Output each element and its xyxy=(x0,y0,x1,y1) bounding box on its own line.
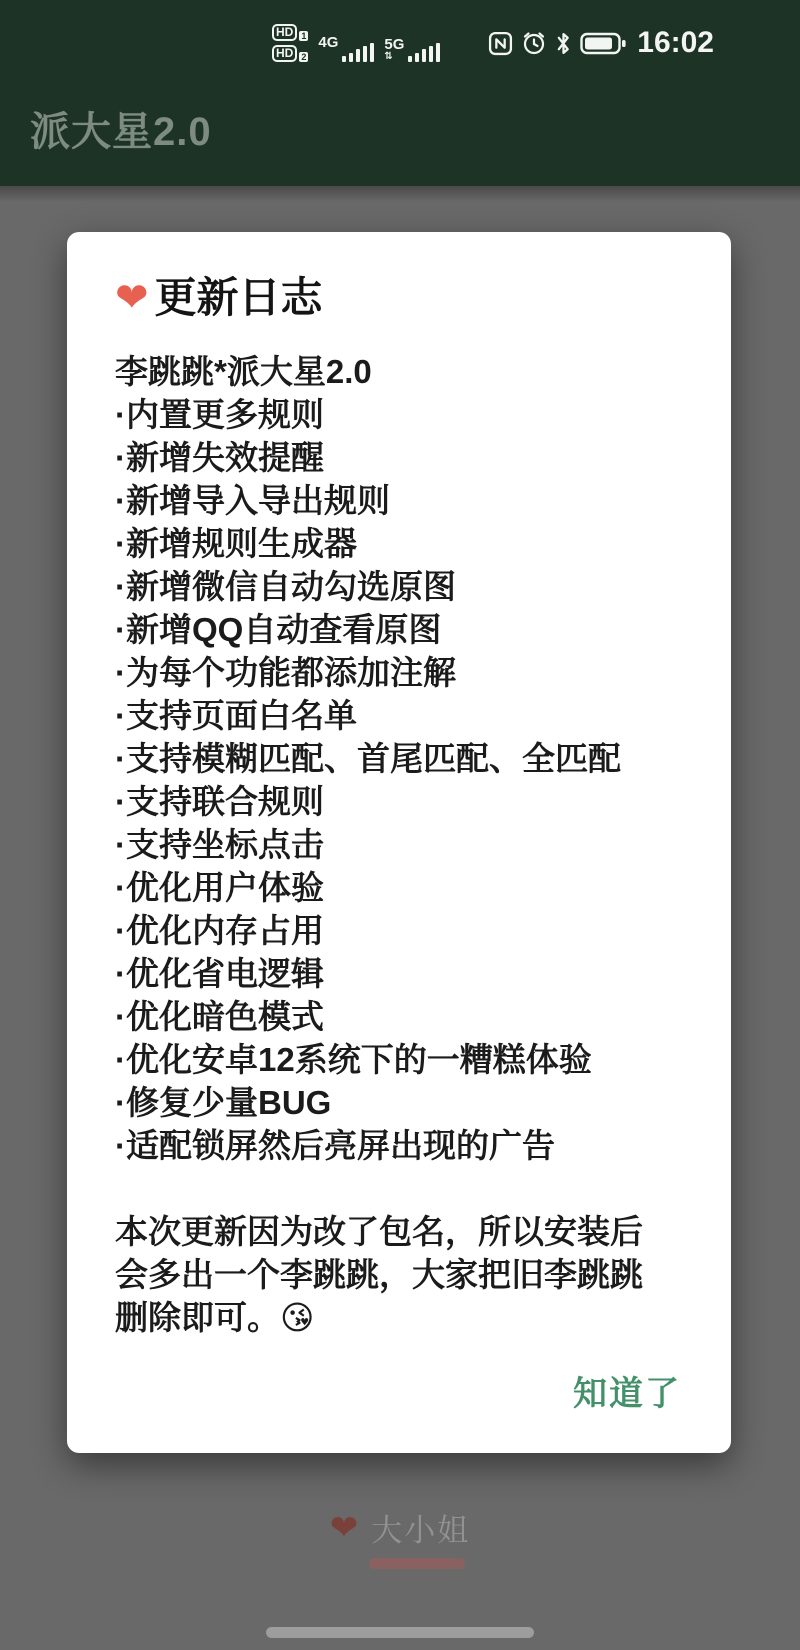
changelog-line: ·新增失效提醒 xyxy=(115,436,683,479)
changelog-line: ·优化安卓12系统下的一糟糕体验 xyxy=(115,1038,683,1081)
bluetooth-icon xyxy=(555,30,572,57)
status-left-cluster: HD 1 HD 2 4G 5G xyxy=(272,24,440,62)
changelog-line: ·修复少量BUG xyxy=(115,1081,683,1124)
sim1-signal: 4G xyxy=(318,36,374,62)
changelog-line: ·内置更多规则 xyxy=(115,393,683,436)
note-line: 会多出一个李跳跳，大家把旧李跳跳 xyxy=(115,1253,683,1296)
changelog-line: ·支持页面白名单 xyxy=(115,694,683,737)
hd-sim1-icon: HD 1 xyxy=(272,24,308,41)
note-line: 本次更新因为改了包名，所以安装后 xyxy=(115,1210,683,1253)
heart-icon: ❤ xyxy=(115,272,149,324)
appbar-shadow xyxy=(0,186,800,202)
hd2-index: 2 xyxy=(299,52,308,62)
changelog-line: ·支持联合规则 xyxy=(115,780,683,823)
changelog-line: ·优化用户体验 xyxy=(115,866,683,909)
volte-badges: HD 1 HD 2 xyxy=(272,24,308,62)
clock-time: 16:02 xyxy=(637,26,714,60)
hd2-label: HD xyxy=(272,45,297,62)
hd-sim2-icon: HD 2 xyxy=(272,45,308,62)
update-note: 本次更新因为改了包名，所以安装后会多出一个李跳跳，大家把旧李跳跳删除即可。😘 xyxy=(115,1210,683,1339)
changelog-line: ·支持坐标点击 xyxy=(115,823,683,866)
got-it-button[interactable]: 知道了 xyxy=(571,1362,683,1419)
changelog-line: ·支持模糊匹配、首尾匹配、全匹配 xyxy=(115,737,683,780)
hd1-index: 1 xyxy=(299,31,308,41)
changelog-line: ·优化暗色模式 xyxy=(115,995,683,1038)
background-tab: ❤ 大小姐 xyxy=(0,1505,800,1569)
network-type-4g: 4G xyxy=(318,36,338,50)
tab-name: 大小姐 xyxy=(371,1505,470,1550)
page-title: 派大星2.0 xyxy=(30,100,212,157)
sim2-signal: 5G ⇅ xyxy=(384,38,440,62)
nfc-icon xyxy=(488,31,513,56)
changelog-line: ·新增规则生成器 xyxy=(115,522,683,565)
dialog-title: ❤ 更新日志 xyxy=(115,272,683,324)
dialog-title-text: 更新日志 xyxy=(155,272,323,324)
top-app-bar: HD 1 HD 2 4G 5G xyxy=(0,0,800,186)
changelog-line: ·优化内存占用 xyxy=(115,909,683,952)
tab-underline xyxy=(369,1558,465,1569)
signal-bars-icon xyxy=(342,43,374,62)
hd1-label: HD xyxy=(272,24,297,41)
status-bar: HD 1 HD 2 4G 5G xyxy=(0,22,800,68)
changelog-line: ·新增微信自动勾选原图 xyxy=(115,565,683,608)
changelog-line: ·适配锁屏然后亮屏出现的广告 xyxy=(115,1124,683,1167)
changelog-line: ·为每个功能都添加注解 xyxy=(115,651,683,694)
heart-icon: ❤ xyxy=(330,1508,359,1548)
network-type-5g: 5G ⇅ xyxy=(384,38,404,62)
alarm-icon xyxy=(521,30,547,56)
signal-bars-icon xyxy=(408,43,440,62)
update-log-dialog: ❤ 更新日志 李跳跳*派大星2.0·内置更多规则·新增失效提醒·新增导入导出规则… xyxy=(67,232,731,1453)
changelog-line: ·新增导入导出规则 xyxy=(115,479,683,522)
data-arrows-icon: ⇅ xyxy=(384,52,391,62)
status-right-cluster: 16:02 xyxy=(488,26,714,60)
changelog-line: ·新增QQ自动查看原图 xyxy=(115,608,683,651)
phone-screen: HD 1 HD 2 4G 5G xyxy=(0,0,800,1650)
note-line: 删除即可。😘 xyxy=(115,1296,683,1339)
changelog-list: 李跳跳*派大星2.0·内置更多规则·新增失效提醒·新增导入导出规则·新增规则生成… xyxy=(115,350,683,1167)
battery-icon xyxy=(580,31,627,56)
gesture-navigation-bar[interactable] xyxy=(266,1627,534,1638)
changelog-line: 李跳跳*派大星2.0 xyxy=(115,350,683,393)
changelog-line: ·优化省电逻辑 xyxy=(115,952,683,995)
